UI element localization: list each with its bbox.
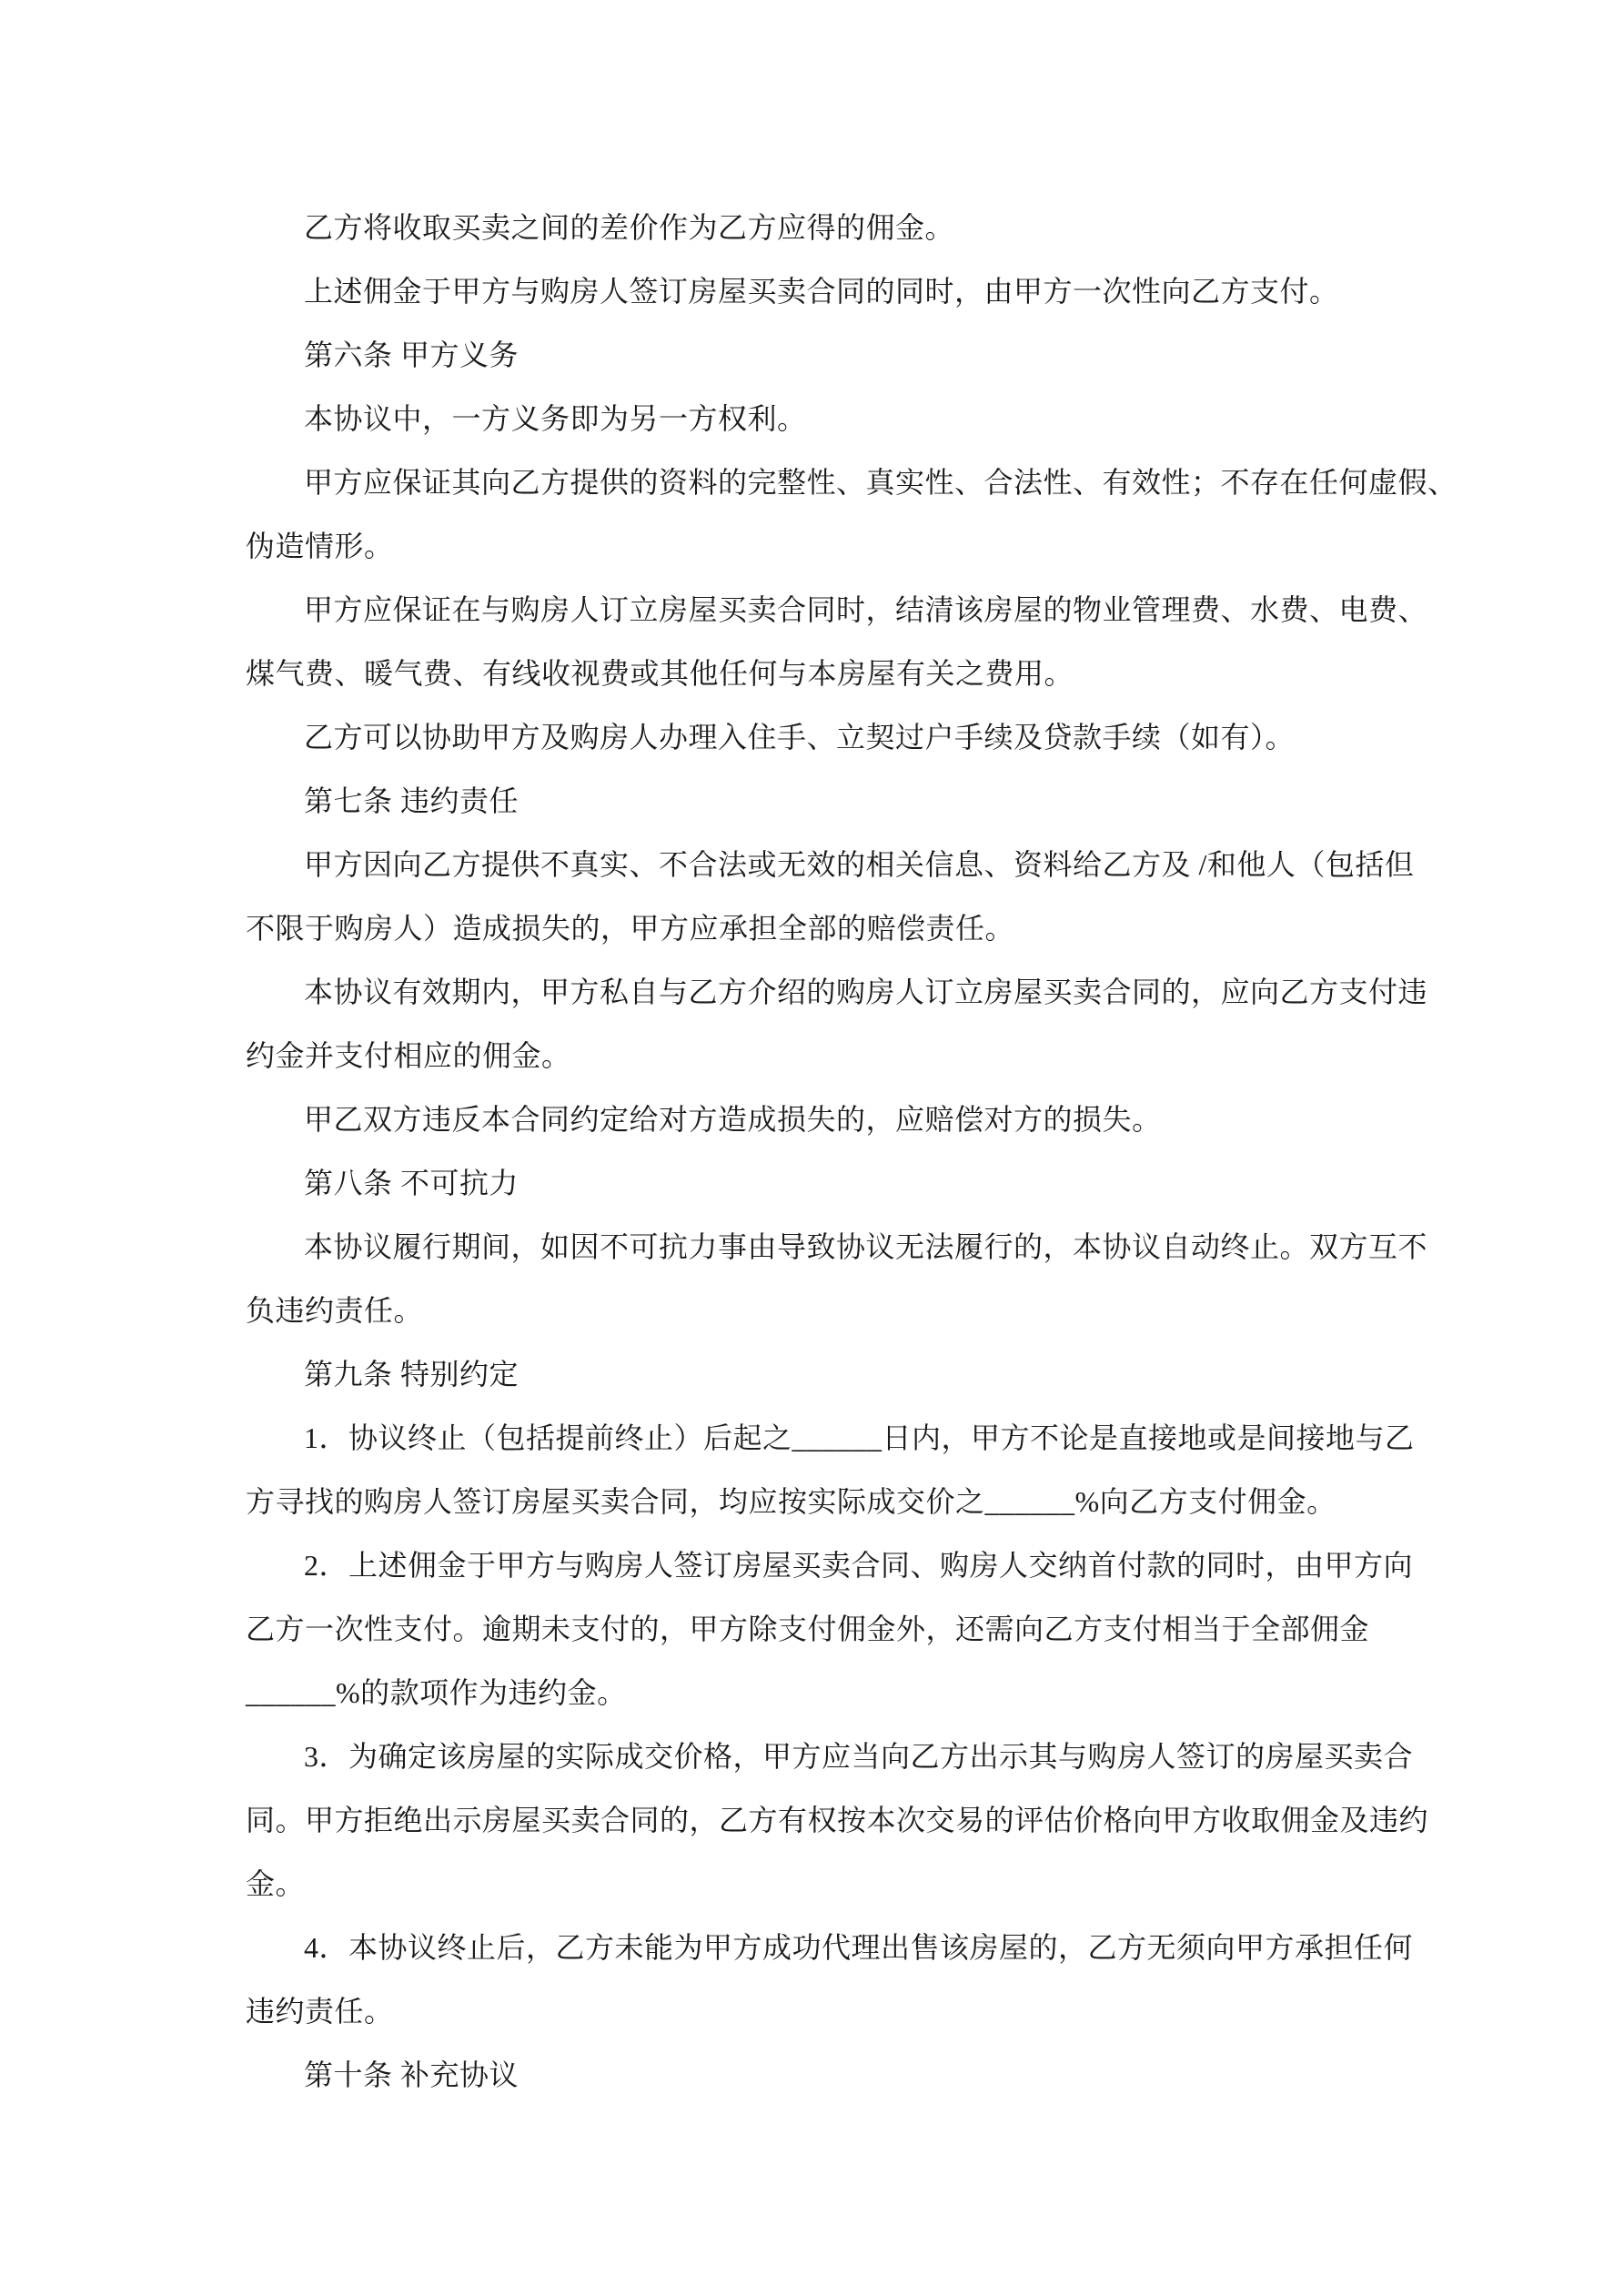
contract-line: ______%的款项作为违约金。 <box>246 1661 1392 1725</box>
contract-line: 煤气费、暖气费、有线收视费或其他任何与本房屋有关之费用。 <box>246 642 1392 705</box>
document-page: 乙方将收取买卖之间的差价作为乙方应得的佣金。上述佣金于甲方与购房人签订房屋买卖合… <box>0 0 1624 2296</box>
contract-line: 负违约责任。 <box>246 1279 1392 1342</box>
contract-line: 第六条 甲方义务 <box>246 323 1392 387</box>
contract-line: 2．上述佣金于甲方与购房人签订房屋买卖合同、购房人交纳首付款的同时，由甲方向 <box>246 1533 1392 1597</box>
contract-line: 不限于购房人）造成损失的，甲方应承担全部的赔偿责任。 <box>246 896 1392 960</box>
contract-line: 乙方可以协助甲方及购房人办理入住手、立契过户手续及贷款手续（如有）。 <box>246 705 1392 769</box>
contract-line: 约金并支付相应的佣金。 <box>246 1024 1392 1087</box>
contract-line: 甲方应保证在与购房人订立房屋买卖合同时，结清该房屋的物业管理费、水费、电费、 <box>246 578 1392 642</box>
contract-line: 甲乙双方违反本合同约定给对方造成损失的，应赔偿对方的损失。 <box>246 1087 1392 1151</box>
contract-line: 甲方应保证其向乙方提供的资料的完整性、真实性、合法性、有效性；不存在任何虚假、 <box>246 450 1392 514</box>
contract-line: 第十条 补充协议 <box>246 2043 1392 2107</box>
contract-body: 乙方将收取买卖之间的差价作为乙方应得的佣金。上述佣金于甲方与购房人签订房屋买卖合… <box>246 196 1392 2107</box>
contract-line: 上述佣金于甲方与购房人签订房屋买卖合同的同时，由甲方一次性向乙方支付。 <box>246 259 1392 323</box>
contract-line: 乙方一次性支付。逾期未支付的，甲方除支付佣金外，还需向乙方支付相当于全部佣金 <box>246 1597 1392 1661</box>
contract-line: 本协议中，一方义务即为另一方权利。 <box>246 387 1392 450</box>
contract-line: 方寻找的购房人签订房屋买卖合同，均应按实际成交价之______%向乙方支付佣金。 <box>246 1470 1392 1533</box>
contract-line: 本协议履行期间，如因不可抗力事由导致协议无法履行的，本协议自动终止。双方互不 <box>246 1215 1392 1279</box>
contract-line: 甲方因向乙方提供不真实、不合法或无效的相关信息、资料给乙方及 /和他人（包括但 <box>246 833 1392 896</box>
contract-line: 第八条 不可抗力 <box>246 1151 1392 1215</box>
contract-line: 金。 <box>246 1852 1392 1916</box>
contract-line: 违约责任。 <box>246 1979 1392 2043</box>
contract-line: 第九条 特别约定 <box>246 1342 1392 1406</box>
contract-line: 同。甲方拒绝出示房屋买卖合同的，乙方有权按本次交易的评估价格向甲方收取佣金及违约 <box>246 1788 1392 1852</box>
contract-line: 乙方将收取买卖之间的差价作为乙方应得的佣金。 <box>246 196 1392 259</box>
contract-line: 伪造情形。 <box>246 514 1392 578</box>
contract-line: 4．本协议终止后，乙方未能为甲方成功代理出售该房屋的，乙方无须向甲方承担任何 <box>246 1916 1392 1979</box>
contract-line: 3．为确定该房屋的实际成交价格，甲方应当向乙方出示其与购房人签订的房屋买卖合 <box>246 1725 1392 1788</box>
contract-line: 第七条 违约责任 <box>246 769 1392 833</box>
contract-line: 1．协议终止（包括提前终止）后起之______日内，甲方不论是直接地或是间接地与… <box>246 1406 1392 1470</box>
contract-line: 本协议有效期内，甲方私自与乙方介绍的购房人订立房屋买卖合同的，应向乙方支付违 <box>246 960 1392 1024</box>
